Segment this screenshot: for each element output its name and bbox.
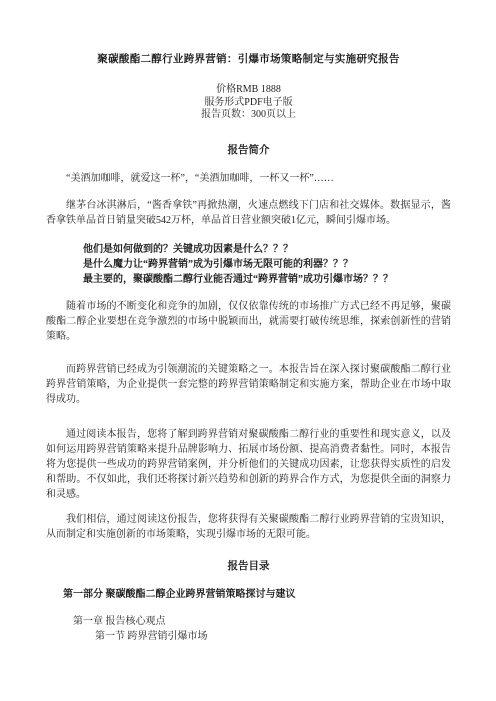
body-paragraph: 通过阅读本报告，您将了解到跨界营销对聚碳酸酯二醇行业的重要性和现实意义，以及如何… <box>46 427 451 502</box>
question-line: 最主要的，聚碳酸酯二醇行业能否通过“跨界营销”成功引爆市场？？？ <box>83 272 451 287</box>
key-questions: 他们是如何做到的？关键成功因素是什么？？？ 是什么魔力让“跨界营销”成为引爆市场… <box>83 242 451 287</box>
toc-part-1: 第一部分 聚碳酸酯二醇企业跨界营销策略探讨与建议 <box>63 588 451 602</box>
report-meta: 价格RMB 1888 服务形式PDF电子版 报告页数：300页以上 <box>46 84 451 122</box>
report-title: 聚碳酸酯二醇行业跨界营销：引爆市场策略制定与实施研究报告 <box>46 53 451 67</box>
report-page-count: 报告页数：300页以上 <box>46 109 451 122</box>
intro-quote: “美酒加咖啡，就爱这一杯”，“美酒加咖啡，一杯又一杯”…… <box>46 171 451 186</box>
toc-section-1: 第一节 跨界营销引爆市场 <box>95 629 451 644</box>
intro-heading: 报告简介 <box>46 144 451 157</box>
toc-heading: 报告目录 <box>46 560 451 573</box>
report-format: 服务形式PDF电子版 <box>46 97 451 110</box>
body-paragraph: 我们相信，通过阅读这份报告，您将获得有关聚碳酸酯二醇行业跨界营销的宝贵知识，从而… <box>46 512 451 542</box>
question-line: 是什么魔力让“跨界营销”成为引爆市场无限可能的利器？？？ <box>83 257 451 272</box>
body-paragraph: 而跨界营销已经成为引领潮流的关键策略之一。本报告旨在深入探讨聚碳酸酯二醇行业跨界… <box>46 362 451 407</box>
toc-chapter-1: 第一章 报告核心观点 <box>73 614 451 629</box>
question-line: 他们是如何做到的？关键成功因素是什么？？？ <box>83 242 451 257</box>
report-price: 价格RMB 1888 <box>46 84 451 97</box>
body-paragraph: 随着市场的不断变化和竞争的加剧，仅仅依靠传统的市场推广方式已经不再足够，聚碳酸酯… <box>46 299 451 344</box>
report-page: 聚碳酸酯二醇行业跨界营销：引爆市场策略制定与实施研究报告 价格RMB 1888 … <box>0 0 496 701</box>
intro-lead-paragraph: 继茅台冰淇淋后，“酱香拿铁”再掀热潮，火速点燃线下门店和社交媒体。数据显示，酱香… <box>46 198 451 228</box>
